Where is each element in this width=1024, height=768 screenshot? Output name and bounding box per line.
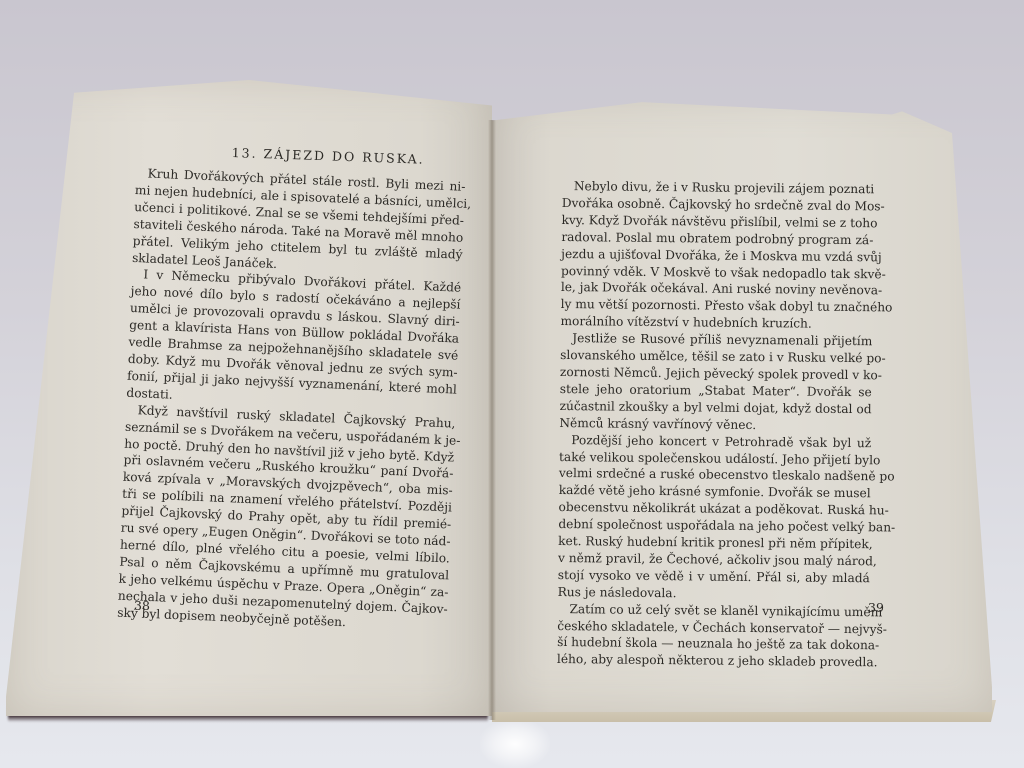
text-line: lého, aby alespoň některou z jeho sklade… <box>557 651 869 671</box>
right-page-text: Nebylo divu, že i v Rusku projevili záje… <box>557 178 874 672</box>
table-glare <box>480 720 550 768</box>
photo-scene: 13. ZÁJEZD DO RUSKA. Kruh Dvořákových př… <box>0 0 1024 768</box>
page-number-right: 39 <box>868 600 884 615</box>
left-page-text: Kruh Dvořákových přátel stále rostl. Byl… <box>117 165 466 635</box>
book-gutter <box>488 120 496 720</box>
page-number-left: 38 <box>134 598 150 613</box>
